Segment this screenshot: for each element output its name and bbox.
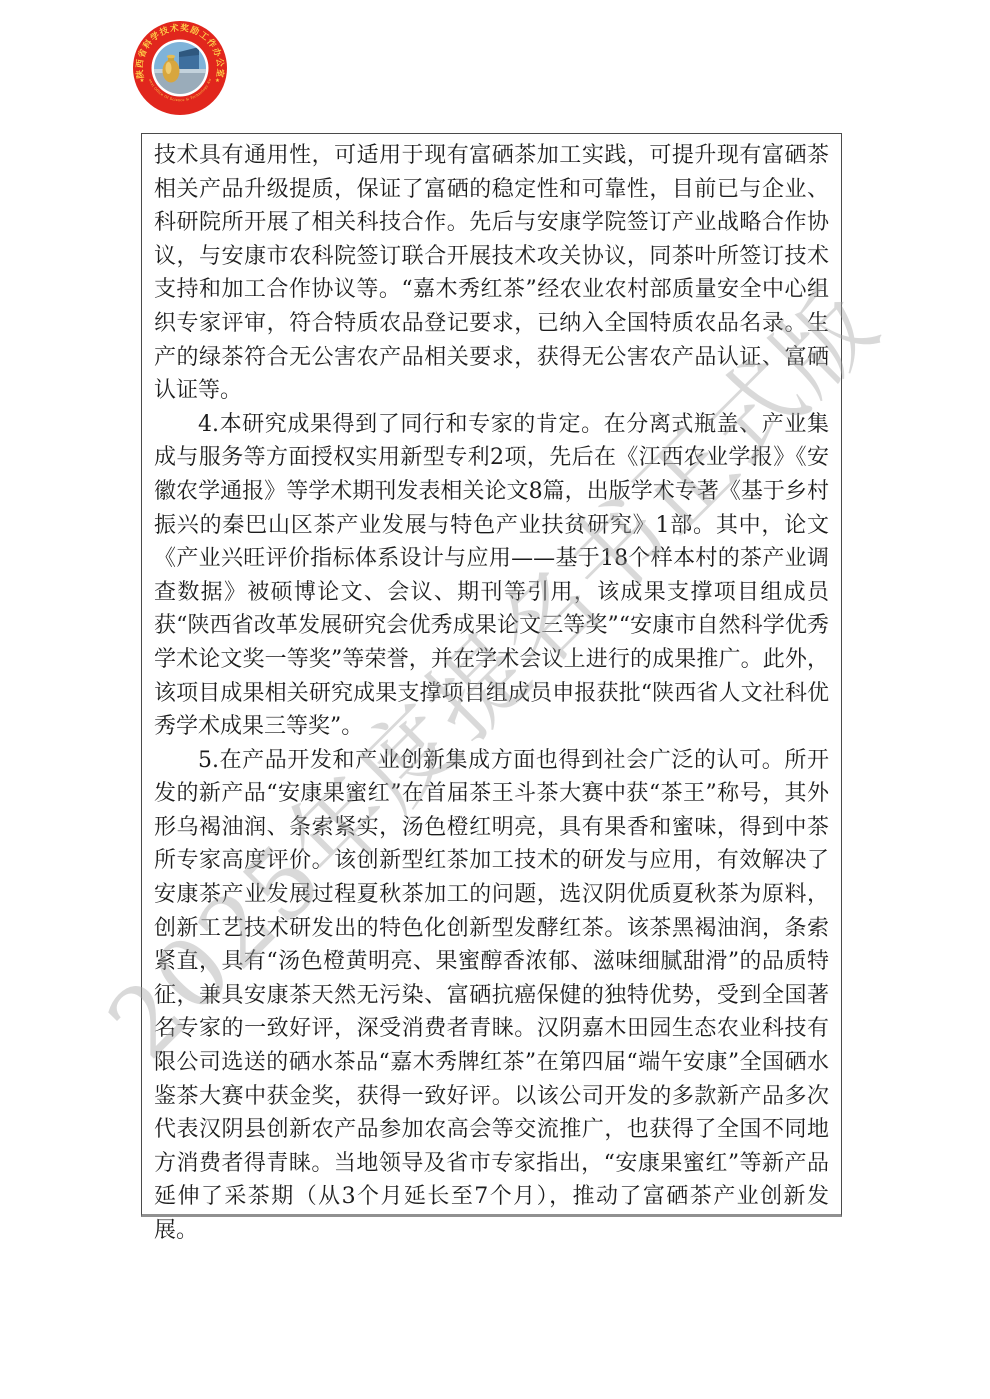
org-seal-logo: 陕西省科学技术奖励工作办公室 Shaanxi Office Of Science…: [133, 21, 227, 115]
document-page: 陕西省科学技术奖励工作办公室 Shaanxi Office Of Science…: [0, 0, 990, 1399]
seal-star-right-icon: ★: [215, 77, 220, 84]
paragraph-item-5: 5.在产品开发和产业创新集成方面也得到社会广泛的认可。所开发的新产品“安康果蜜红…: [154, 744, 829, 1248]
seal-photo: [154, 42, 206, 94]
paragraph-continuation: 技术具有通用性，可适用于现有富硒茶加工实践，可提升现有富硒茶相关产品升级提质，保…: [154, 139, 829, 408]
content-box: 技术具有通用性，可适用于现有富硒茶加工实践，可提升现有富硒茶相关产品升级提质，保…: [141, 133, 842, 1217]
seal-graphic: 陕西省科学技术奖励工作办公室 Shaanxi Office Of Science…: [133, 21, 227, 115]
paragraph-item-4: 4.本研究成果得到了同行和专家的肯定。在分离式瓶盖、产业集成与服务等方面授权实用…: [154, 408, 829, 744]
seal-star-left-icon: ★: [140, 77, 145, 84]
